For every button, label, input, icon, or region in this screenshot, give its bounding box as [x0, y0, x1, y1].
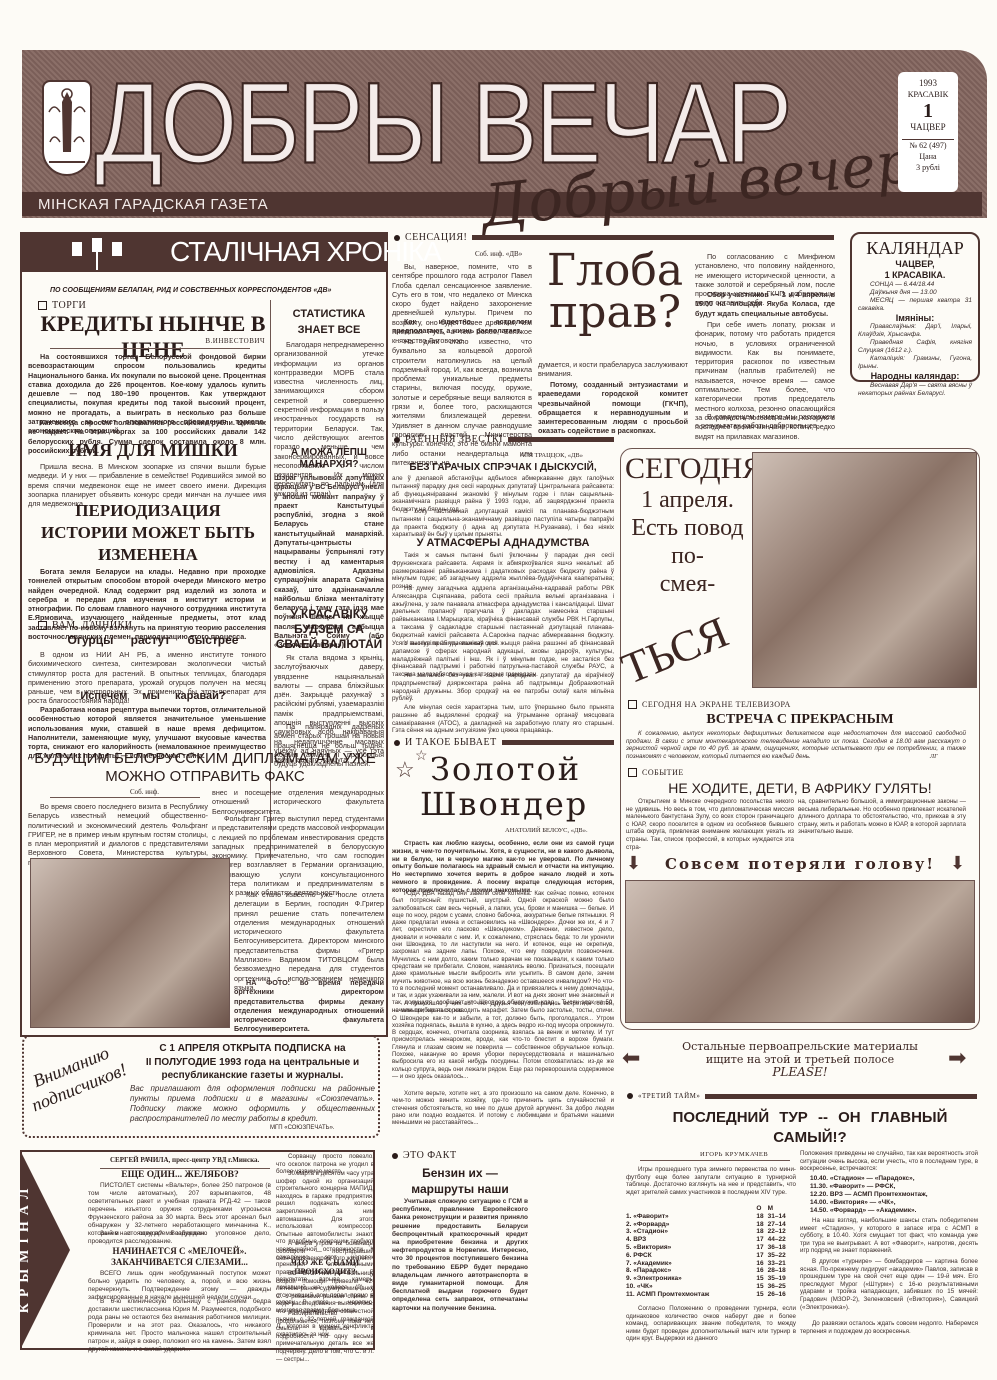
price: 3 рублі: [898, 162, 958, 173]
fixtures-list: 10.40. «Стадион» — «Парадокс», 11.30. «Ф…: [810, 1175, 980, 1215]
table-row: 5. «Виктория»1736–18: [626, 1244, 796, 1252]
promo-line-5: смея-: [625, 570, 750, 598]
issue-weekday: ЧАЦВЕР: [898, 122, 958, 133]
table-row: 3. «Стадион»1822–12: [626, 1228, 796, 1236]
price-label: Цана: [898, 151, 958, 162]
headline-periodization: ПЕРИОДИЗАЦИЯ ИСТОРИИ МОЖЕТ БЫТЬ ИЗМЕНЕНА: [30, 500, 266, 566]
rubric-sport: «ТРЕТИЙ ТАЙМ»: [627, 1092, 977, 1100]
headline-fact: Бензин их — маршруты наши: [390, 1165, 530, 1197]
fixture-item: 10.40. «Стадион» — «Парадокс»,: [810, 1175, 980, 1183]
byline-shvonder: АНАТОЛИЙ БЕЛОУС, «ДВ».: [505, 827, 588, 834]
table-header: [626, 1205, 756, 1213]
sport-after: Согласно Положению о проведении турнира,…: [626, 1305, 796, 1343]
subscription-sign: МГП «СОЮЗПЕЧАТЬ».: [270, 1125, 335, 1131]
table-row: 4. ВРЗ1744–22: [626, 1236, 796, 1244]
rubric-shvonder: И ТАКОЕ БЫВАЕТ: [394, 737, 614, 748]
crime-headline-1: ЕЩЕ ОДИН... ЖЕЛЯБОВ?: [90, 1170, 270, 1180]
calendar-date-1: ЧАЦВЕР,: [858, 259, 972, 270]
headline-event: НЕ ХОДИТЕ, ДЕТИ, В АФРИКУ ГУЛЯТЬ!: [625, 780, 975, 796]
fixture-item: 12.20. ВРЗ — АСМП Промтехмонтаж,: [810, 1191, 980, 1199]
table-row: 7. «Академик»1633–21: [626, 1260, 796, 1268]
district-text-7: Але мінулая сесія характэрна тым, што ўп…: [392, 704, 614, 735]
shvonder-p3: Хотите верьте, хотите нет, а это произош…: [392, 1090, 614, 1126]
byline-fax: Соб. инф.: [130, 788, 159, 796]
headline-monarchy: А МОЖА ЛЕПШ МАНАРХІЯ?: [275, 447, 383, 471]
checkbox-square-icon: [628, 700, 637, 709]
byline-sport: ИГОРЬ КРУМКАЧЕВ: [700, 1151, 768, 1158]
shvonder-p1: ГОДА ДВА назад они завели себе котенка. …: [392, 890, 614, 1014]
district-text-4: На думку загадчыка аддзела арганізацыйна…: [392, 585, 614, 647]
table-header: М: [768, 1205, 796, 1213]
subscription-text: Вас приглашают для оформления подписки н…: [130, 1084, 375, 1124]
sensation-p7: Сбор участников — 3 и 4 апреля в 19.00 н…: [695, 290, 835, 318]
checkbox-square-icon: [38, 621, 47, 630]
arrow-down-icon: ⬇: [626, 853, 641, 874]
shvonder-lead: Страсть как люблю казусы, особенно, если…: [392, 840, 614, 895]
issue-day: 1: [898, 100, 958, 122]
issue-number: № 62 (497): [898, 140, 958, 151]
sport-p3: До развязки осталось ждать совсем недолг…: [800, 1320, 978, 1335]
coat-of-arms-icon: [42, 80, 92, 176]
bullet-icon: [394, 235, 400, 241]
district-headline-2: У АТМАСФЕРЫ АДНАДУМСТВА: [392, 537, 614, 549]
subscription-headline-1: С 1 АПРЕЛЯ ОТКРЫТА ПОДПИСКА на: [130, 1042, 375, 1055]
issue-date-box: 1993 КРАСАВІК 1 ЧАЦВЕР № 62 (497) Цана 3…: [898, 72, 958, 192]
district-headline-1: БЕЗ ГАРАЧЫХ СПРЭЧАК І ДЫСКУСІЙ,: [392, 462, 614, 473]
article-fax-p4: Как стало известно уже после отлета деле…: [234, 890, 384, 992]
byline-sensation: Соб. инф. «ДВ»: [475, 250, 522, 258]
rubric-fact: ЭТО ФАКТ: [392, 1150, 457, 1161]
bullet-icon: [392, 1153, 398, 1159]
table-row: 1. «Фаворит»1831–14: [626, 1213, 796, 1221]
promo-line-4: по-: [625, 542, 750, 570]
banner-lost-heads: Совсем потеряли голову!: [650, 855, 950, 873]
headline-stat: СТАТИСТИКА ЗНАЕТ ВСЕ: [275, 306, 383, 338]
arrow-down-icon: ⬇: [950, 853, 965, 874]
article-event-2: на, сравнительно большой, а иммиграционн…: [798, 798, 966, 836]
headline-tv: ВСТРЕЧА С ПРЕКРАСНЫМ: [625, 712, 975, 728]
promo-text: СЕГОДНЯ 1 апреля. Есть повод по- смея-: [625, 452, 750, 598]
promo-line-1: СЕГОДНЯ: [625, 452, 750, 486]
calendar-folk-heading: Народны каляндар:: [858, 371, 972, 382]
calendar-box: КАЛЯНДАР ЧАЦВЕР, 1 КРАСАВІКА. СОНЦА — 6.…: [850, 232, 980, 382]
crime-text-2: Зачем и откуда? Возбуждено уголовное дел…: [88, 1230, 271, 1246]
article-tv: К сожалению, выпуск некоторых дефицитных…: [626, 730, 966, 760]
district-text-2: З боку пастаяннай дэпутацкай камісіі па …: [392, 508, 614, 539]
promo-please: PLEASE!: [660, 1066, 940, 1079]
byline-district: АСЯ ТРАЦЦОК, «ДВ»: [520, 452, 583, 459]
star-icon: ☆: [415, 748, 428, 765]
calendar-title: КАЛЯНДАР: [858, 238, 972, 259]
chronicle-sources: ПО СООБЩЕНИЯМ БЕЛАПАН, РИД И СОБСТВЕННЫХ…: [50, 287, 331, 294]
sensation-p9: В следующем номере мы расскажем о резуль…: [695, 412, 835, 431]
sport-p2: В другом «турнире» — бомбардиров — карти…: [800, 1258, 978, 1311]
article-fact: Учитывая сложную ситуацию с ГСМ в респуб…: [392, 1198, 528, 1313]
arrow-right-icon: ➡: [948, 1045, 966, 1071]
sensation-p2: Как известно, астрологи предполагают, а …: [392, 317, 532, 336]
sensation-p5: Потому, созданный энтузиастами и краевед…: [538, 380, 688, 436]
rubric-sensation: СЕНСАЦИЯ!: [394, 232, 834, 243]
table-header: О: [756, 1205, 767, 1213]
bullet-icon: [394, 437, 400, 443]
fixture-item: 14.00. «Виктория» — «ЧК»,: [810, 1199, 980, 1207]
promo-line-3: Есть повод: [625, 514, 750, 542]
headline-sport: ПОСЛЕДНИЙ ТУР -- ОН ГЛАВНЫЙ САМЫЙ!?: [660, 1108, 960, 1148]
calendar-names-heading: Імяніны:: [858, 313, 972, 323]
issue-month: КРАСАВІК: [898, 89, 958, 100]
issue-year: 1993: [898, 78, 958, 89]
checkbox-square-icon: [38, 301, 47, 310]
tv-sign: ЛГ: [930, 754, 937, 760]
calendar-day-length: Даўжыня дня — 13.00: [858, 289, 972, 297]
headline-fax: БУДУЩИМ БЕЛОРУССКИМ ДИПЛОМАТАМ УЖЕ МОЖНО…: [30, 750, 380, 786]
photo-chimpanzee: [752, 452, 977, 688]
rubric-dacha: ВАМ, ДАЧНИКИ: [38, 620, 133, 631]
calendar-moon: МЕСЯЦ — першая кватра 31 сакавіка.: [858, 297, 972, 313]
table-row: 2. «Форвард»1827–14: [626, 1221, 796, 1229]
crime-byline: СЕРГЕЙ РАЧИЛА, пресс-центр УВД г.Минска.: [110, 1156, 259, 1164]
sensation-p3: На днях стало известно, что буквально за…: [392, 337, 532, 467]
standings-table: О М 1. «Фаворит»1831–14 2. «Форвард»1827…: [626, 1205, 796, 1299]
rubric-torgi: ТОРГИ: [38, 300, 86, 311]
headline-shvonder-2: Швондер: [420, 785, 588, 823]
photo-griger-meeting: [30, 858, 230, 1028]
crime-headline-2: НАЧИНАЕТСЯ С «МЕЛОЧЕЙ». ЗАКАНЧИВАЕТСЯ СЛ…: [88, 1246, 271, 1268]
fixture-item: 14.50. «Форвард» — «Академик».: [810, 1207, 980, 1215]
rubric-event: СОБЫТИЕ: [628, 768, 684, 777]
checkbox-square-icon: [628, 768, 637, 777]
photo-caption-fax: НА ФОТО: во время передачи оргтехники ди…: [234, 978, 384, 1034]
headline-currency: У КРАСАВІКУ БУДЗЕМ СА СВАЕЙ ВАЛЮТАЙ: [275, 607, 383, 652]
headline-globa: Глоба прав?: [540, 250, 690, 334]
crime-text-9: Разбирательство продолжается, поэтому по…: [276, 1310, 374, 1363]
photo-beach-children: [625, 880, 975, 1023]
headline-shvonder-1: Золотой: [430, 750, 581, 788]
bullet-icon: [394, 740, 400, 746]
crime-side-label: КРЫМІНАЛ: [17, 1168, 33, 1328]
promo-line-2: 1 апреля.: [625, 486, 750, 514]
table-row: 11. АСМП Промтехмонтаж1526–16: [626, 1291, 796, 1299]
calendar-sofia: Праведная Сафія, княгіня Слуцкая (1612 г…: [858, 339, 972, 355]
sport-p1: На наш взгляд, наибольшие шансы стать по…: [800, 1217, 978, 1255]
district-text-6: Не засталіся без увагі і заклік народных…: [392, 672, 614, 703]
rubric-tv: СЕГОДНЯ НА ЭКРАНЕ ТЕЛЕВИЗОРА: [628, 700, 791, 709]
calendar-catholic: Каталіцкія: Грамзны, Гугона, Ірыны.: [858, 355, 972, 371]
fixture-item: 11.30. «Фаворит» — РФСК,: [810, 1183, 980, 1191]
headline-cucumbers: Огурцы растут быстрее: [38, 633, 268, 647]
article-event-1: Открытием в Минске очередного посольства…: [626, 798, 794, 851]
arrow-left-icon: ⬅: [622, 1045, 640, 1071]
street-lamp-icon: [62, 236, 132, 270]
star-icon: ☆: [395, 757, 415, 783]
calendar-date-2: 1 КРАСАВІКА.: [858, 270, 972, 281]
bullet-icon: [627, 1093, 633, 1099]
rubric-district: РАЁННЫЯ ЗВЕСТКІ: [394, 434, 614, 445]
headline-mishka: ИМЯ ДЛЯ МИШКИ: [38, 440, 268, 461]
shvonder-p2: А произошло у них вот что. Друзья мои со…: [392, 1000, 614, 1080]
promo-footer-1: Остальные первоапрельские материалы: [660, 1040, 940, 1053]
calendar-orthodox: Праваслаўныя: Дар'і, Іларыі, Клаўдзія, Х…: [858, 323, 972, 339]
article-fax-p2: внес и посещение отделения международных…: [212, 788, 384, 816]
sport-col2-intro: Положения приведены не случайно, так как…: [800, 1150, 978, 1173]
table-row: 6. РФСК1735–22: [626, 1252, 796, 1260]
crime-text-4: В 6-ю клиническую больницу с ранением бе…: [88, 1298, 271, 1354]
subscription-headline-2: II ПОЛУГОДИЕ 1993 года на центральные и …: [130, 1056, 375, 1082]
byline-credits: В.ИНВЕСТОВИЧ: [150, 337, 265, 345]
calendar-folk: Веснавая Дар'я — свята вясны ў некаторых…: [858, 382, 972, 398]
sensation-p4: думается, и кости прабеларуса заслуживаю…: [538, 360, 688, 379]
table-row: 8. «Парадокс»1628–18: [626, 1267, 796, 1275]
headline-karavai: Испечем мы каравай?: [38, 690, 268, 702]
article-fax-p3: Фольфганг Григер выступил перед студента…: [212, 814, 384, 898]
table-row: 9. «Электроника»1535–19: [626, 1275, 796, 1283]
table-row: 10. «ЧК»1536–25: [626, 1283, 796, 1291]
newspaper-subtitle: МІНСКАЯ ГАРАДСКАЯ ГАЗЕТА: [38, 196, 268, 213]
promo-footer: Остальные первоапрельские материалы ищит…: [660, 1040, 940, 1079]
sport-intro: Игры прошедшего тура зимнего первенства …: [626, 1166, 796, 1196]
calendar-sun: СОНЦА — 6.44/18.44: [858, 281, 972, 289]
